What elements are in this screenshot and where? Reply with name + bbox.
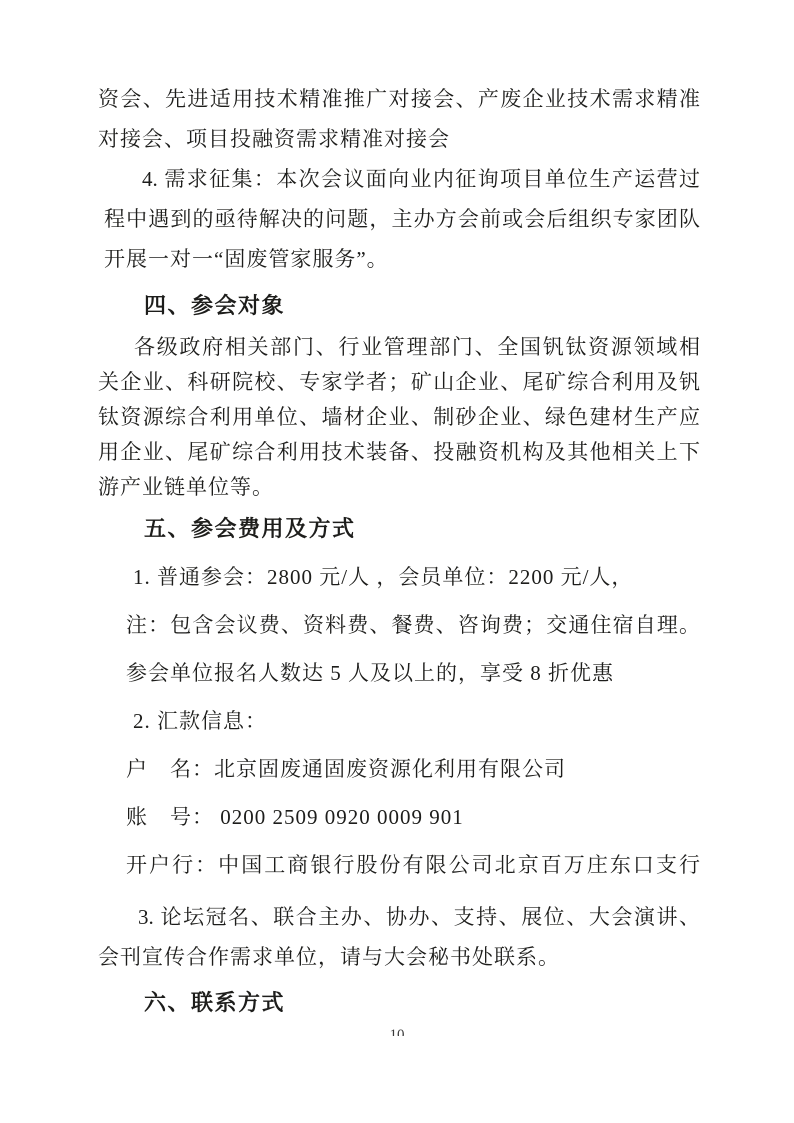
body-line: 3. 论坛冠名、联合主办、协办、支持、展位、大会演讲、 [98,897,700,937]
account-number-line: 账 号： 0200 2509 0920 0009 901 [126,793,700,841]
fee-line: 1. 普通参会：2800 元/人 ，会员单位：2200 元/人， [126,553,700,601]
body-line: 用企业、尾矿综合利用技术装备、投融资机构及其他相关上下 [98,435,700,470]
continued-paragraph: 资会、先进适用技术精准推广对接会、产废企业技术需求精准 对接会、项目投融资需求精… [98,79,700,279]
body-line: 关企业、科研院校、专家学者；矿山企业、尾矿综合利用及钒 [98,365,700,400]
section-four-heading: 四、参会对象 [144,292,285,320]
body-line: 4. 需求征集：本次会议面向业内征询项目单位生产运营过 [98,159,700,199]
section-four-paragraph: 各级政府相关部门、行业管理部门、全国钒钛资源领域相 关企业、科研院校、专家学者；… [98,330,700,505]
account-name-line: 户 名：北京固废通固废资源化利用有限公司 [126,745,700,793]
body-line: 开展一对一“固废管家服务”。 [98,239,700,279]
fee-and-remittance-block: 1. 普通参会：2800 元/人 ，会员单位：2200 元/人， 注：包含会议费… [126,553,700,889]
body-line: 各级政府相关部门、行业管理部门、全国钒钛资源领域相 [98,330,700,365]
remittance-heading-line: 2. 汇款信息： [126,697,700,745]
cooperation-paragraph: 3. 论坛冠名、联合主办、协办、支持、展位、大会演讲、 会刊宣传合作需求单位，请… [98,897,700,977]
section-six-heading: 六、联系方式 [144,989,285,1017]
body-line: 钛资源综合利用单位、墙材企业、制砂企业、绿色建材生产应 [98,400,700,435]
body-line: 游产业链单位等。 [98,470,700,505]
section-five-heading: 五、参会费用及方式 [144,515,356,543]
discount-line: 参会单位报名人数达 5 人及以上的，享受 8 折优惠 [126,649,700,697]
page-number: 10 [0,1026,794,1036]
document-page: 资会、先进适用技术精准推广对接会、产废企业技术需求精准 对接会、项目投融资需求精… [0,0,794,1123]
fee-note-line: 注：包含会议费、资料费、餐费、咨询费；交通住宿自理。 [126,601,700,649]
body-line: 资会、先进适用技术精准推广对接会、产废企业技术需求精准 [98,79,700,119]
page-number-text: 10 [390,1027,405,1036]
body-line: 对接会、项目投融资需求精准对接会 [98,119,700,159]
bank-line: 开户行：中国工商银行股份有限公司北京百万庄东口支行 [126,841,700,889]
body-line: 程中遇到的亟待解决的问题，主办方会前或会后组织专家团队 [98,199,700,239]
body-line: 会刊宣传合作需求单位，请与大会秘书处联系。 [98,937,700,977]
